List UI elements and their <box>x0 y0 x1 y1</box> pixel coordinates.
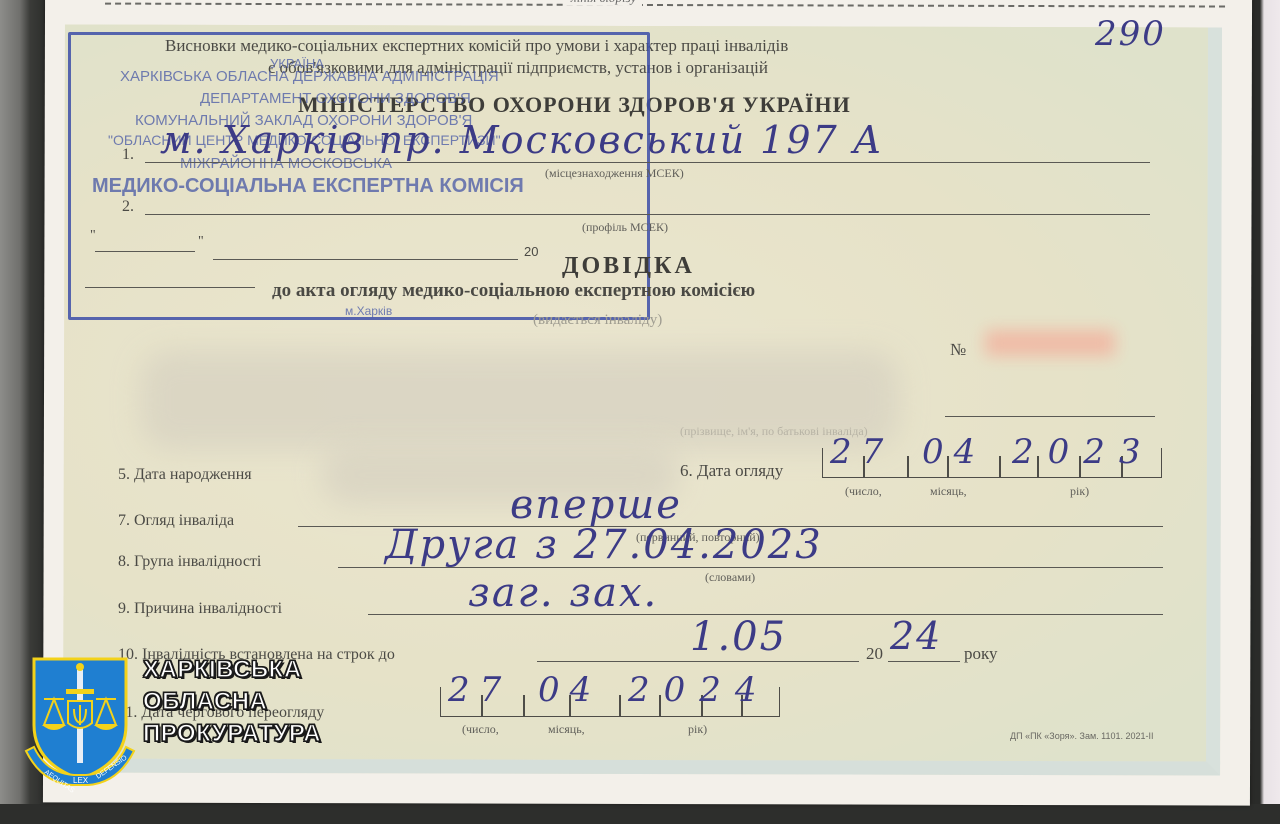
field-1-value: м. Харків пр. Московський 197 А <box>160 118 884 162</box>
field-2-line <box>145 214 1150 215</box>
name-line-end <box>945 416 1155 417</box>
field-1-caption: (місцезнаходження МСЕК) <box>545 166 684 181</box>
document-title: ДОВІДКА <box>562 253 695 280</box>
field-5-text: Дата народження <box>134 466 252 483</box>
field-10-year-prefix: 20 <box>866 644 883 664</box>
prosecutor-emblem-icon: AEQUITAS LEX DEFENSIO <box>22 655 138 795</box>
field-8-number: 8. <box>118 553 130 570</box>
stamp-line-3: ДЕПАРТАМЕНТ ОХОРОНИ ЗДОРОВ'Я <box>200 90 471 107</box>
stamp-line-2: ХАРКІВСЬКА ОБЛАСНА ДЕРЖАВНА АДМІНІСТРАЦІ… <box>120 68 499 85</box>
field-8-caption: (словами) <box>705 570 755 585</box>
field-5-number: 5. <box>118 466 130 483</box>
field-9-label: 9. Причина інвалідності <box>118 600 282 618</box>
field-2-caption: (профіль МСЕК) <box>582 220 668 235</box>
field-10-year-value: 24 <box>890 614 942 658</box>
watermark-line-2: ОБЛАСНА <box>143 688 267 716</box>
field-10-line <box>537 661 859 662</box>
page-number: 290 <box>1095 14 1166 54</box>
reexam-date-month: 04 <box>538 670 601 710</box>
field-5-label: 5. Дата народження <box>118 466 252 484</box>
city-line <box>85 287 255 288</box>
field-1-line <box>145 162 1150 163</box>
cut-line <box>105 0 1225 8</box>
field-10-suffix: року <box>964 644 998 664</box>
field-9-number: 9. <box>118 600 130 617</box>
watermark-line-3: ПРОКУРАТУРА <box>143 720 321 748</box>
date-day-line <box>95 251 195 252</box>
date-quote-close: " <box>198 234 204 250</box>
exam-date-year: 2023 <box>1012 432 1155 472</box>
redacted-number <box>985 330 1115 356</box>
field-6-text: Дата огляду <box>697 461 783 480</box>
field-7-text: Огляд інваліда <box>134 512 234 529</box>
background-bottom <box>0 804 1280 824</box>
reexam-caption-month: місяць, <box>548 722 585 737</box>
exam-date-caption-year: рік) <box>1070 484 1089 499</box>
field-9-value: заг. зах. <box>468 570 658 616</box>
field-6-label: 6. Дата огляду <box>680 461 783 481</box>
number-label: № <box>950 340 966 360</box>
date-month-line <box>213 259 518 260</box>
field-8-text: Група інвалідності <box>134 553 261 570</box>
field-2-number: 2. <box>122 198 134 216</box>
exam-date-day: 27 <box>830 432 893 472</box>
issued-to-caption: (видається інваліду) <box>533 312 662 329</box>
watermark-line-1: ХАРКІВСЬКА <box>143 656 302 684</box>
field-6-number: 6. <box>680 461 693 480</box>
stamp-line-8: м.Харків <box>345 304 392 318</box>
reexam-date-day: 27 <box>448 670 511 710</box>
svg-text:LEX: LEX <box>73 776 89 785</box>
field-10-year-line <box>888 661 960 662</box>
reexam-caption-day: (число, <box>462 722 499 737</box>
exam-date-caption-day: (число, <box>845 484 882 499</box>
field-8-label: 8. Група інвалідності <box>118 553 261 571</box>
reexam-date-year: 2024 <box>628 670 771 710</box>
field-8-value: Друга з 27.04.2023 <box>385 522 823 568</box>
stamp-line-7: МЕДИКО-СОЦІАЛЬНА ЕКСПЕРТНА КОМІСІЯ <box>92 175 524 198</box>
reexam-caption-year: рік) <box>688 722 707 737</box>
field-7-label: 7. Огляд інваліда <box>118 512 234 530</box>
exam-date-month: 04 <box>922 432 985 472</box>
field-1-number: 1. <box>122 146 134 164</box>
field-9-text: Причина інвалідності <box>134 600 282 617</box>
cut-line-label: лінія відрізу <box>565 0 642 6</box>
date-year-prefix: 20 <box>524 244 538 259</box>
field-10-value: 1.05 <box>690 614 787 660</box>
date-quote-open: " <box>90 228 96 244</box>
printer-info: ДП «ПК «Зоря». Зам. 1101. 2021-ІІ <box>1010 731 1154 741</box>
document-subtitle: до акта огляду медико-соціальною експерт… <box>272 280 755 302</box>
field-7-number: 7. <box>118 512 130 529</box>
exam-date-caption-month: місяць, <box>930 484 967 499</box>
